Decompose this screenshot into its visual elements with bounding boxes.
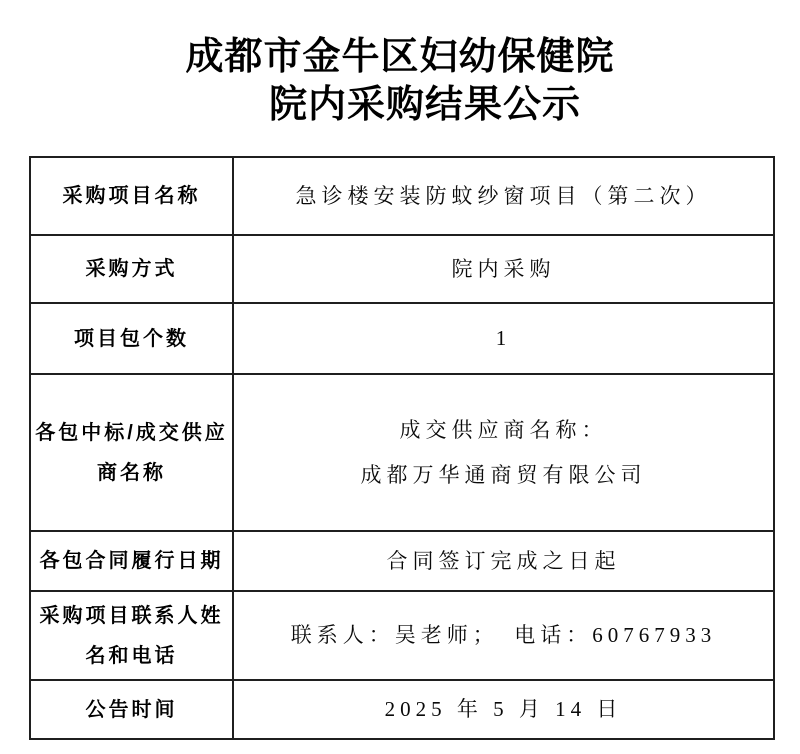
table-row-announcement-time: 公告时间 2025 年 5 月 14 日 xyxy=(30,680,774,739)
table-row-project-name: 采购项目名称 急诊楼安装防蚊纱窗项目（第二次） xyxy=(30,157,774,235)
row-label: 采购方式 xyxy=(30,235,233,303)
row-value: 合同签订完成之日起 xyxy=(233,531,774,591)
row-label: 各包中标/成交供应 商名称 xyxy=(30,374,233,531)
table-row-contact-info: 采购项目联系人姓 名和电话 联系人：吴老师； 电话：60767933 xyxy=(30,591,774,680)
row-value: 院内采购 xyxy=(233,235,774,303)
announcement-document: 成都市金牛区妇幼保健院 院内采购结果公示 采购项目名称 急诊楼安装防蚊纱窗项目（… xyxy=(0,0,800,754)
table-row-winning-supplier: 各包中标/成交供应 商名称 成交供应商名称： 成都万华通商贸有限公司 xyxy=(30,374,774,531)
row-label: 各包合同履行日期 xyxy=(30,531,233,591)
row-value: 2025 年 5 月 14 日 xyxy=(233,680,774,739)
row-value: 1 xyxy=(233,303,774,374)
title-line-2: 院内采购结果公示 xyxy=(25,81,800,129)
table-row-package-count: 项目包个数 1 xyxy=(30,303,774,374)
table-row-procurement-method: 采购方式 院内采购 xyxy=(30,235,774,303)
row-label: 采购项目名称 xyxy=(30,157,233,235)
row-value: 急诊楼安装防蚊纱窗项目（第二次） xyxy=(233,157,774,235)
row-value: 联系人：吴老师； 电话：60767933 xyxy=(233,591,774,680)
procurement-result-table: 采购项目名称 急诊楼安装防蚊纱窗项目（第二次） 采购方式 院内采购 项目包个数 … xyxy=(29,156,775,740)
table-row-contract-date: 各包合同履行日期 合同签订完成之日起 xyxy=(30,531,774,591)
title-line-1: 成都市金牛区妇幼保健院 xyxy=(0,33,800,81)
row-value: 成交供应商名称： 成都万华通商贸有限公司 xyxy=(233,374,774,531)
row-label: 公告时间 xyxy=(30,680,233,739)
page-title: 成都市金牛区妇幼保健院 院内采购结果公示 xyxy=(0,0,800,129)
row-label: 项目包个数 xyxy=(30,303,233,374)
row-label: 采购项目联系人姓 名和电话 xyxy=(30,591,233,680)
